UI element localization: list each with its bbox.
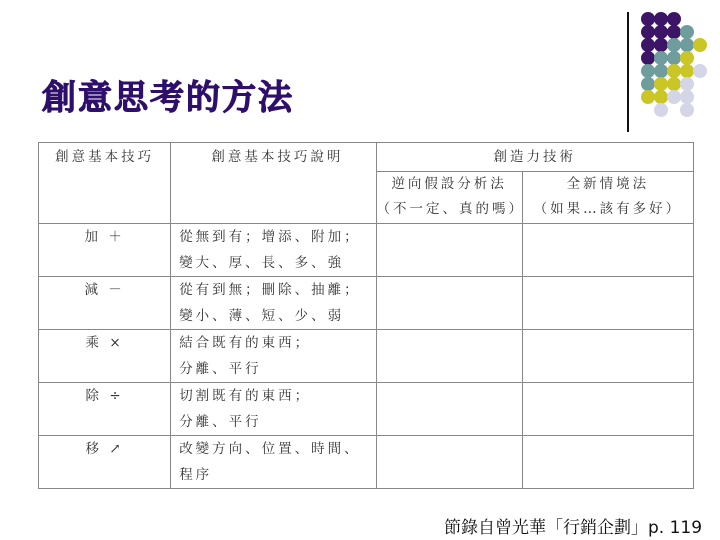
new-scenario-cell [522, 436, 693, 489]
table-row: 加 ＋ 從無到有；增添、附加； 變大、厚、長、多、強 [39, 224, 694, 277]
table-row: 移 ↗ 改變方向、位置、時間、 程序 [39, 436, 694, 489]
dot [667, 12, 681, 26]
dot [641, 90, 655, 104]
dot [680, 51, 694, 65]
dot [654, 77, 668, 91]
dot [693, 38, 707, 52]
dot [654, 90, 668, 104]
reverse-cell [376, 224, 522, 277]
dot [680, 25, 694, 39]
dot [680, 64, 694, 78]
dot [654, 12, 668, 26]
table-row: 除 ÷ 切割既有的東西； 分離、平行 [39, 383, 694, 436]
dot [654, 25, 668, 39]
dot [667, 90, 681, 104]
header-reverse-assumption: 逆向假設分析法 （不一定、真的嗎） [376, 172, 522, 224]
new-scenario-cell [522, 330, 693, 383]
reverse-cell [376, 277, 522, 330]
dot [654, 38, 668, 52]
dot [667, 38, 681, 52]
decorative-dot-grid [641, 12, 720, 122]
header-description: 創意基本技巧說明 [171, 143, 376, 224]
dot [693, 64, 707, 78]
dot [680, 90, 694, 104]
new-scenario-cell [522, 383, 693, 436]
dot [641, 77, 655, 91]
technique-cell: 減 － [39, 277, 170, 303]
dot [641, 12, 655, 26]
technique-cell: 乘 × [39, 330, 170, 356]
dot [667, 77, 681, 91]
dot [641, 25, 655, 39]
dot [680, 38, 694, 52]
dot [680, 103, 694, 117]
table-row: 減 － 從有到無；刪除、抽離； 變小、薄、短、少、弱 [39, 277, 694, 330]
decorative-divider [627, 12, 629, 132]
dot [641, 38, 655, 52]
reverse-cell [376, 383, 522, 436]
reverse-cell [376, 330, 522, 383]
new-scenario-cell [522, 277, 693, 330]
dot [641, 51, 655, 65]
description-cell: 從有到無；刪除、抽離； 變小、薄、短、少、弱 [171, 277, 376, 330]
reverse-cell [376, 436, 522, 489]
dot [654, 64, 668, 78]
dot [654, 103, 668, 117]
dot [654, 51, 668, 65]
description-cell: 改變方向、位置、時間、 程序 [171, 436, 376, 489]
header-technique: 創意基本技巧 [39, 143, 171, 224]
header-creativity-techniques: 創造力技術 [376, 143, 694, 172]
description-cell: 結合既有的東西； 分離、平行 [171, 330, 376, 383]
description-cell: 從無到有；增添、附加； 變大、厚、長、多、強 [171, 224, 376, 277]
header-new-scenario: 全新情境法 （如果…該有多好） [522, 172, 693, 224]
technique-cell: 除 ÷ [39, 383, 170, 409]
dot [667, 25, 681, 39]
description-cell: 切割既有的東西； 分離、平行 [171, 383, 376, 436]
technique-cell: 移 ↗ [39, 436, 170, 462]
dot [667, 64, 681, 78]
slide-title: 創意思考的方法 [42, 70, 294, 119]
new-scenario-cell [522, 224, 693, 277]
creative-techniques-table: 創意基本技巧 創意基本技巧說明 創造力技術 逆向假設分析法 （不一定、真的嗎） … [38, 142, 694, 489]
dot [641, 64, 655, 78]
dot [667, 51, 681, 65]
technique-cell: 加 ＋ [39, 224, 170, 250]
source-caption: 節錄自曾光華「行銷企劃」p. 119 [444, 513, 702, 538]
table-row: 乘 × 結合既有的東西； 分離、平行 [39, 330, 694, 383]
dot [680, 77, 694, 91]
